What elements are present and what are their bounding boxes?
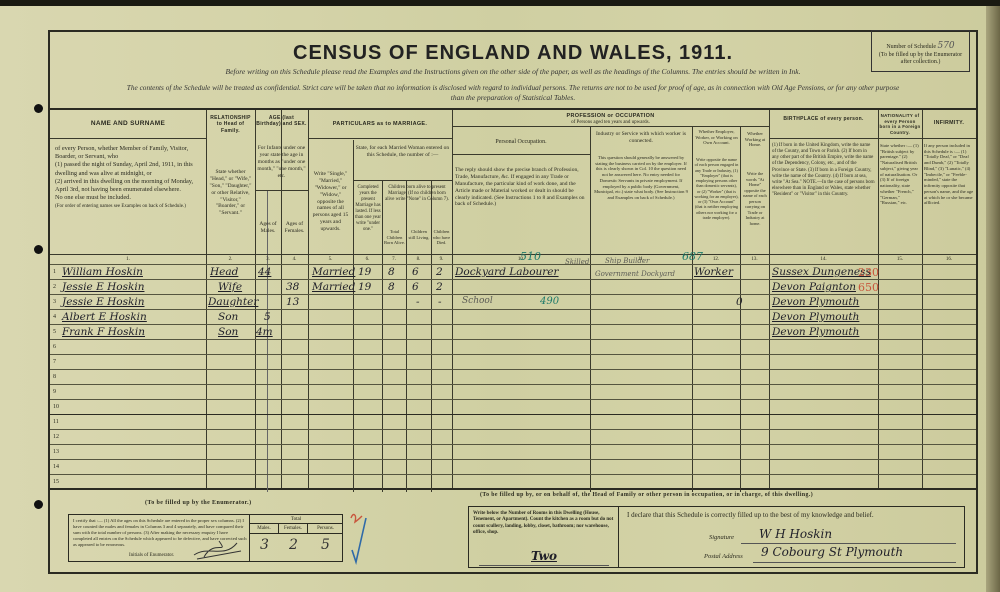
table-row: 12 bbox=[50, 429, 976, 444]
table-row: 6 bbox=[50, 339, 976, 354]
table-row: 11 bbox=[50, 414, 976, 429]
confidential-line: The contents of the Schedule will be tre… bbox=[50, 83, 976, 92]
children-born: 8 bbox=[388, 266, 395, 278]
totals-persons-label: Persons. bbox=[308, 524, 343, 534]
confidential-line-2: than the preparation of Statistical Tabl… bbox=[50, 93, 976, 102]
col-number: 3. bbox=[255, 257, 281, 262]
header-line bbox=[50, 138, 206, 139]
page-title: CENSUS OF ENGLAND AND WALES, 1911. bbox=[50, 42, 976, 65]
children-living: - bbox=[416, 296, 420, 308]
declaration-text: I declare that this Schedule is correctl… bbox=[627, 511, 874, 519]
age-female: 13 bbox=[286, 296, 299, 308]
table-row: 9 bbox=[50, 384, 976, 399]
person-name: Frank F Hoskin bbox=[62, 326, 145, 338]
footer-section: (To be filled up by the Enumerator.) I c… bbox=[50, 490, 976, 574]
head-declaration-box: Write below the Number of Rooms in this … bbox=[468, 506, 965, 568]
col-industry-desc: This question should generally be answer… bbox=[592, 154, 690, 202]
col-number: 4. bbox=[281, 257, 308, 262]
table-row: 14 bbox=[50, 459, 976, 474]
col-children-living: Children still Living. bbox=[407, 228, 431, 241]
household-table: NAME AND SURNAME of every Person, whethe… bbox=[50, 108, 976, 490]
years-married: 19 bbox=[358, 266, 371, 278]
signature-label: Signature bbox=[709, 534, 734, 541]
col-infirmity-desc: If any person included in this Schedule … bbox=[923, 142, 975, 207]
enumerator-initials-scrawl bbox=[189, 537, 244, 561]
col-header-age: AGE (last Birthday) and SEX. bbox=[255, 114, 308, 129]
row-number: 2 bbox=[53, 284, 56, 290]
col-header-name: NAME AND SURNAME bbox=[50, 119, 206, 129]
head-caption: (To be filled up by, or on behalf of, th… bbox=[480, 492, 813, 498]
paper-edge bbox=[986, 6, 1000, 592]
relationship: Son bbox=[218, 311, 238, 323]
children-born: 8 bbox=[388, 281, 395, 293]
row-number: 13 bbox=[53, 449, 59, 455]
children-living: 6 bbox=[412, 266, 419, 278]
person-name: Albert E Hoskin bbox=[62, 311, 147, 323]
col-number: 1. bbox=[50, 257, 206, 262]
children-died: - bbox=[438, 296, 442, 308]
col-marriage-state: State, for each Married Woman entered on… bbox=[354, 144, 451, 160]
col-employer-desc: Write opposite the name of each person e… bbox=[693, 156, 740, 221]
rooms-line bbox=[479, 565, 609, 566]
col-number: 8. bbox=[406, 257, 431, 262]
schedule-number-value: 570 bbox=[937, 41, 954, 51]
col-number: 6. bbox=[353, 257, 382, 262]
postal-address-line bbox=[753, 562, 956, 563]
instruction-line: Before writing on this Schedule please r… bbox=[50, 67, 976, 76]
table-row: 13 bbox=[50, 444, 976, 459]
table-row: 4 Albert E Hoskin Son 5 Devon Plymouth bbox=[50, 309, 976, 324]
col-number: 5. bbox=[308, 257, 353, 262]
col-occupation-subtitle: of Persons aged ten years and upwards. bbox=[452, 119, 769, 127]
school-code: 490 bbox=[540, 296, 559, 307]
relationship: Head bbox=[210, 266, 238, 278]
col-children-died: Children who have Died. bbox=[431, 228, 452, 247]
header-line bbox=[769, 138, 976, 139]
col-home-desc: Write the words "At Home" opposite the n… bbox=[741, 170, 769, 227]
col-header-relationship: RELATIONSHIP to Head of Family. bbox=[206, 114, 255, 135]
schedule-number-label: Number of Schedule bbox=[886, 44, 936, 50]
col-birthplace-desc: (1) If born in the United Kingdom, write… bbox=[771, 142, 876, 199]
col-personal-occupation: Personal Occupation. bbox=[452, 138, 590, 148]
col-age-desc: For Infants under one year state the age… bbox=[256, 144, 307, 180]
check-mark-icon bbox=[348, 510, 370, 566]
birthplace-code: 650 bbox=[858, 281, 879, 294]
signature-value: W H Hoskin bbox=[759, 527, 832, 541]
col-number: 9. bbox=[431, 257, 452, 262]
schedule-number-box: Number of Schedule 570 (To be filled up … bbox=[871, 30, 970, 72]
table-row: 2 Jessie E Hoskin Wife 38 Married 19 8 6… bbox=[50, 279, 976, 294]
table-row: 3 Jessie E Hoskin Daughter 13 - - School… bbox=[50, 294, 976, 309]
row-number: 11 bbox=[53, 419, 59, 425]
col-header-birthplace: BIRTHPLACE of every person. bbox=[769, 115, 878, 123]
children-died: 2 bbox=[436, 281, 443, 293]
age-male: 5 bbox=[264, 311, 271, 323]
col-industry: Industry or Service with which worker is… bbox=[591, 130, 691, 146]
birthplace: Devon Plymouth bbox=[772, 311, 859, 323]
col-personal-desc: The reply should show the precise branch… bbox=[454, 166, 588, 209]
rooms-instructions: Write below the Number of Rooms in this … bbox=[469, 507, 619, 567]
enumerator-box: I certify that :— (1) All the ages on th… bbox=[68, 514, 343, 562]
census-schedule-paper: CENSUS OF ENGLAND AND WALES, 1911. Befor… bbox=[0, 6, 1000, 592]
table-row: 1 William Hoskin Head 44 Married 19 8 6 … bbox=[50, 264, 976, 279]
age-male: 4m bbox=[256, 326, 273, 338]
marital-status: Married bbox=[312, 281, 355, 293]
birthplace: Devon Paignton bbox=[772, 281, 856, 293]
col-header-nationality: NATIONALITY of every Person born in a Fo… bbox=[878, 112, 922, 136]
row-number: 7 bbox=[53, 359, 56, 365]
col-nationality-desc: State whether :— (1) "British subject by… bbox=[879, 142, 921, 207]
col-number: 2. bbox=[206, 257, 255, 262]
col-number: 16. bbox=[922, 257, 976, 262]
punch-hole bbox=[34, 104, 43, 113]
age-male: 44 bbox=[258, 266, 271, 278]
col-relationship-desc: State whether "Head," or "Wife," "Son," … bbox=[207, 168, 254, 218]
row-number: 5 bbox=[53, 329, 56, 335]
birthplace: Sussex Dungeness bbox=[772, 266, 871, 278]
row-number: 12 bbox=[53, 434, 59, 440]
col-home: Whether Working at Home. bbox=[741, 130, 769, 149]
row-number: 1 bbox=[53, 269, 56, 275]
col-name-desc-3: (2) arrived in this dwelling on the morn… bbox=[55, 178, 193, 193]
header-line bbox=[353, 180, 452, 181]
col-marriage-write: Write "Single," "Married," "Widower," or… bbox=[309, 170, 352, 234]
col-name-desc-2: (1) passed the night of Sunday, April 2n… bbox=[55, 161, 193, 176]
birthplace: Devon Plymouth bbox=[772, 326, 859, 338]
children-died: 2 bbox=[436, 266, 443, 278]
col-age-males: Ages of Males. bbox=[255, 220, 281, 236]
enumerator-caption: (To be filled up by the Enumerator.) bbox=[145, 500, 251, 506]
table-row: 5 Frank F Hoskin Son 4m Devon Plymouth bbox=[50, 324, 976, 339]
total-males: 3 bbox=[250, 537, 279, 553]
marital-status: Married bbox=[312, 266, 355, 278]
table-row: 7 bbox=[50, 354, 976, 369]
col-number: 13. bbox=[740, 257, 769, 262]
age-female: 38 bbox=[286, 281, 299, 293]
total-persons: 5 bbox=[308, 537, 343, 553]
header-line bbox=[308, 138, 452, 139]
punch-hole bbox=[34, 500, 43, 509]
header-line bbox=[50, 254, 976, 255]
col-number: 15. bbox=[878, 257, 922, 262]
years-married: 19 bbox=[358, 281, 371, 293]
col-name-desc-1: of every Person, whether Member of Famil… bbox=[55, 145, 188, 160]
table-row: 10 bbox=[50, 399, 976, 414]
person-name: Jessie E Hoskin bbox=[62, 296, 144, 308]
col-header-marriage: PARTICULARS as to MARRIAGE. bbox=[308, 120, 452, 129]
relationship: Daughter bbox=[208, 296, 258, 308]
row-number: 9 bbox=[53, 389, 56, 395]
totals-males-label: Males. bbox=[250, 524, 279, 534]
row-number: 6 bbox=[53, 344, 56, 350]
row-number: 14 bbox=[53, 464, 59, 470]
relationship: Son bbox=[218, 326, 238, 338]
row-number: 4 bbox=[53, 314, 56, 320]
total-females: 2 bbox=[279, 537, 308, 553]
industry: Government Dockyard bbox=[595, 270, 675, 278]
punch-hole bbox=[34, 245, 43, 254]
col-name-desc-4: No one else must be included. bbox=[55, 194, 131, 201]
person-name: William Hoskin bbox=[62, 266, 143, 278]
row-number: 15 bbox=[53, 479, 59, 485]
col-name-desc: of every Person, whether Member of Famil… bbox=[54, 144, 204, 212]
relationship: Wife bbox=[218, 281, 242, 293]
children-living: 6 bbox=[412, 281, 419, 293]
col-children-total: Total Children Born Alive. bbox=[383, 228, 406, 247]
totals-females-label: Females. bbox=[279, 524, 308, 534]
table-row: 8 bbox=[50, 369, 976, 384]
employment-status: Worker bbox=[694, 266, 733, 278]
col-name-desc-5: (For order of entering names see Example… bbox=[55, 204, 186, 209]
person-name: Jessie E Hoskin bbox=[62, 281, 144, 293]
rooms-value: Two bbox=[531, 549, 557, 564]
schedule-number-note: (To be filled up by the Enumerator after… bbox=[879, 52, 962, 65]
col-header-infirmity: INFIRMITY. bbox=[922, 119, 976, 128]
postal-address-label: Postal Address bbox=[704, 553, 743, 560]
employment-status: 0 bbox=[736, 296, 743, 308]
header-line bbox=[255, 190, 308, 191]
totals-label: Total bbox=[250, 515, 342, 524]
row-number: 8 bbox=[53, 374, 56, 380]
col-employer: Whether Employer, Worker, or Working on … bbox=[693, 128, 740, 147]
birthplace: Devon Plymouth bbox=[772, 296, 859, 308]
row-number: 3 bbox=[53, 299, 56, 305]
enumerator-initials-label: Initials of Enumerator. bbox=[129, 553, 174, 558]
col-marriage-completed: Completed years the present Marriage has… bbox=[354, 184, 382, 234]
header-line bbox=[452, 154, 590, 155]
industry-code-annotation: 687 bbox=[682, 250, 703, 263]
rooms-instructions-text: Write below the Number of Rooms in this … bbox=[473, 511, 613, 535]
col-age-females: Ages of Females. bbox=[281, 220, 308, 236]
totals-box: Total Males. Females. Persons. 3 2 5 bbox=[249, 515, 342, 561]
occupation: School bbox=[462, 296, 493, 306]
row-number: 10 bbox=[53, 404, 59, 410]
birthplace-code: 230 bbox=[858, 266, 879, 279]
signature-line bbox=[741, 543, 956, 544]
col-number: 14. bbox=[769, 257, 878, 262]
col-marriage-children: Children born alive to present Marriage.… bbox=[383, 184, 451, 204]
col-number: 7. bbox=[382, 257, 406, 262]
occupation: Dockyard Labourer bbox=[455, 266, 559, 278]
form-frame: CENSUS OF ENGLAND AND WALES, 1911. Befor… bbox=[48, 30, 978, 574]
postal-address-value: 9 Cobourg St Plymouth bbox=[761, 545, 903, 559]
occupation-code-annotation: 510 bbox=[520, 250, 541, 263]
